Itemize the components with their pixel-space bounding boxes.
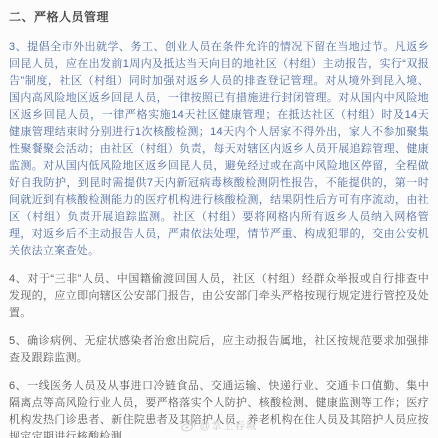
watermark: @掌上春城 bbox=[0, 418, 438, 433]
document-page: 二、严格人员管理 3、提倡全市外出就学、务工、创业人员在条件允许的情况下留在当地… bbox=[0, 0, 438, 438]
paragraph-5: 5、确诊病例、无症状感染者治愈出院后，应主动报告属地，社区按规范要求加强排查及跟… bbox=[9, 333, 429, 367]
paragraph-3: 3、提倡全市外出就学、务工、创业人员在条件允许的情况下留在当地过节。凡返乡回昆人… bbox=[9, 39, 429, 260]
watermark-text: @掌上春城 bbox=[200, 418, 258, 433]
section-heading: 二、严格人员管理 bbox=[9, 8, 429, 25]
weibo-icon bbox=[181, 419, 196, 432]
paragraph-4: 4、对于“三非”人员、中国籍偷渡回国人员，社区（村组）经群众举报或自行排查中发现… bbox=[9, 271, 429, 322]
